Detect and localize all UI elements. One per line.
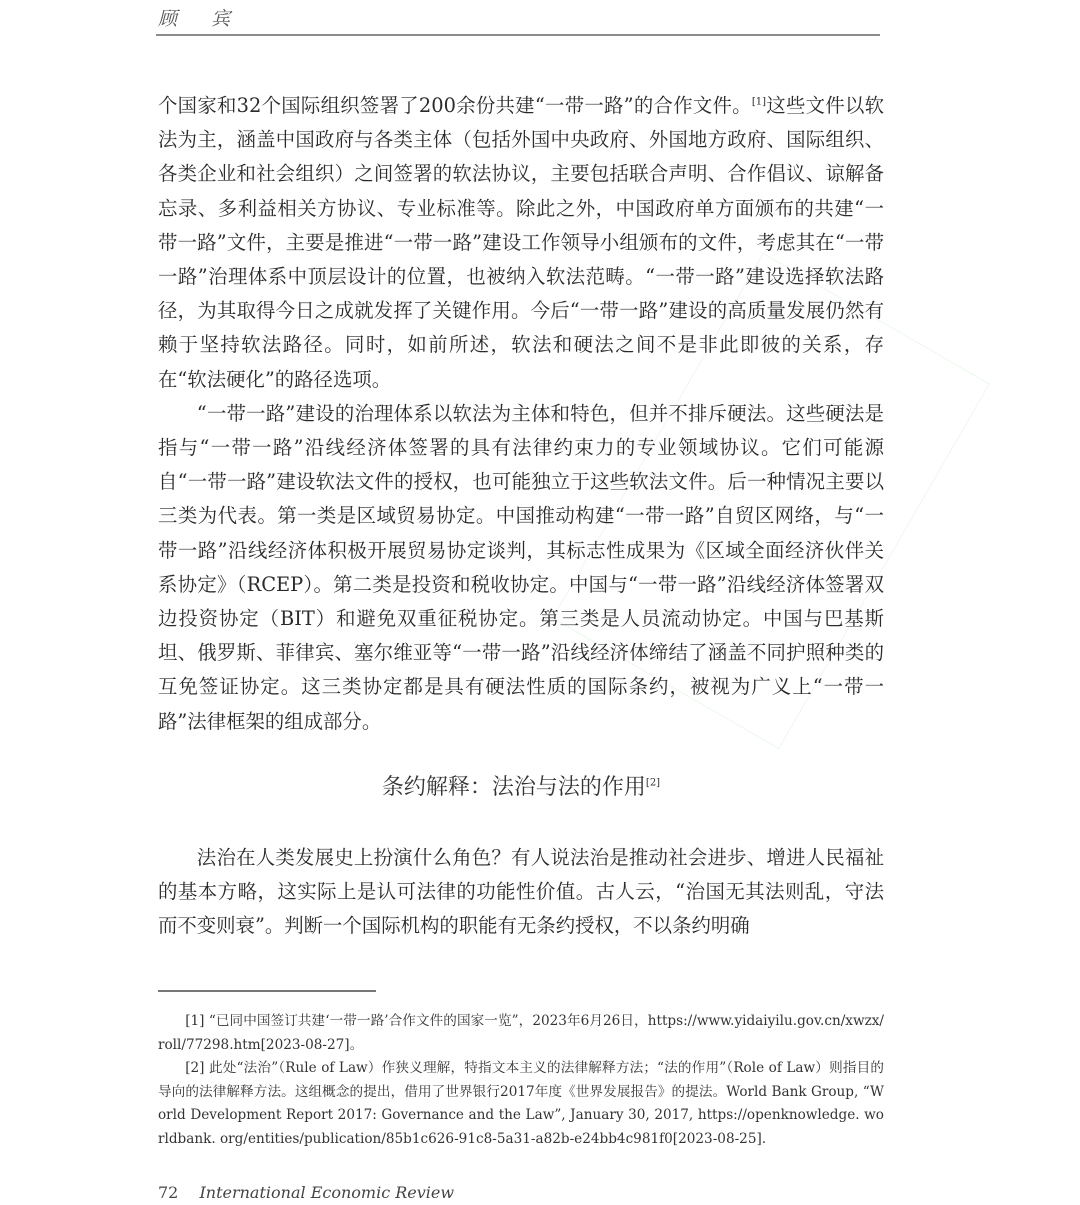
header-rule bbox=[156, 34, 880, 36]
footnote-1-text: “已同中国签订共建‘一带一路’合作文件的国家一览”，2023年6月26日，htt… bbox=[158, 1013, 884, 1053]
section-title-text: 条约解释：法治与法的作用 bbox=[382, 775, 646, 800]
footnote-1: [1] “已同中国签订共建‘一带一路’合作文件的国家一览”，2023年6月26日… bbox=[158, 1010, 884, 1057]
paragraph-1: 个国家和32个国际组织签署了200余份共建“一带一路”的合作文件。[1]这些文件… bbox=[158, 89, 884, 397]
footnote-ref-2[interactable]: [2] bbox=[646, 778, 660, 789]
body-block-1: 个国家和32个国际组织签署了200余份共建“一带一路”的合作文件。[1]这些文件… bbox=[158, 89, 884, 739]
footnote-2-text: 此处“法治”（Rule of Law）作狭义理解，特指文本主义的法律解释方法；“… bbox=[158, 1060, 884, 1147]
paragraph-2: “一带一路”建设的治理体系以软法为主体和特色，但并不排斥硬法。这些硬法是指与“一… bbox=[158, 397, 884, 739]
paragraph-3: 法治在人类发展史上扮演什么角色？有人说法治是推动社会进步、增进人民福祉的基本方略… bbox=[158, 841, 884, 944]
footnote-2: [2] 此处“法治”（Rule of Law）作狭义理解，特指文本主义的法律解释… bbox=[158, 1057, 884, 1151]
footnote-1-marker: [1] bbox=[185, 1013, 204, 1029]
footnote-rule bbox=[158, 990, 376, 992]
running-head-author: 顾 宾 bbox=[158, 4, 244, 31]
footnotes: [1] “已同中国签订共建‘一带一路’合作文件的国家一览”，2023年6月26日… bbox=[158, 1010, 884, 1151]
body-block-2: 法治在人类发展史上扮演什么角色？有人说法治是推动社会进步、增进人民福祉的基本方略… bbox=[158, 841, 884, 944]
section-title: 条约解释：法治与法的作用[2] bbox=[158, 770, 884, 801]
journal-name: International Economic Review bbox=[199, 1183, 454, 1202]
page-number: 72 bbox=[158, 1183, 178, 1202]
footnote-2-marker: [2] bbox=[185, 1060, 204, 1076]
paragraph-1-text-a: 个国家和32个国际组织签署了200余份共建“一带一路”的合作文件。 bbox=[158, 94, 752, 117]
page-footer: 72 International Economic Review bbox=[158, 1183, 454, 1202]
paragraph-1-text-b: 这些文件以软法为主，涵盖中国政府与各类主体（包括外国中央政府、外国地方政府、国际… bbox=[158, 94, 884, 391]
footnote-ref-1[interactable]: [1] bbox=[752, 97, 766, 108]
